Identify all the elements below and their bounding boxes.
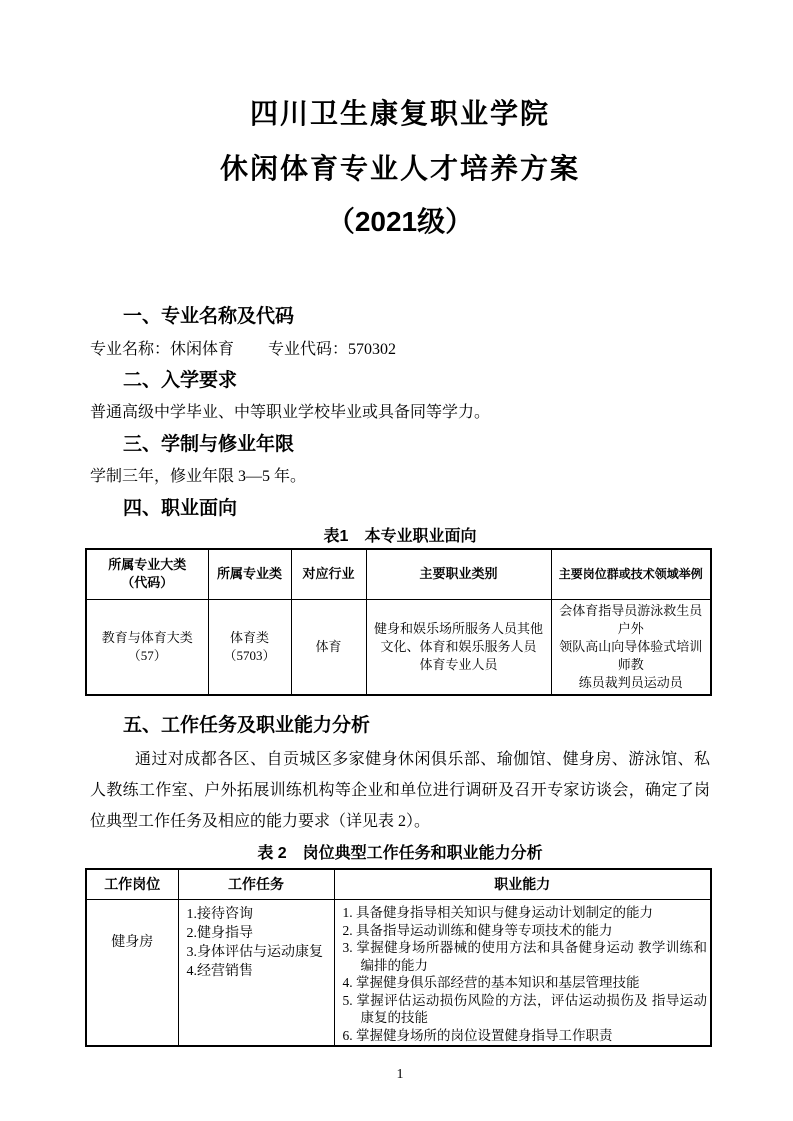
entry-requirement-text: 普通高级中学毕业、中等职业学校毕业或具备同等学力。 <box>90 401 710 425</box>
table1-header-row: 所属专业大类 （代码） 所属专业类 对应行业 主要职业类别 主要岗位群或技术领域… <box>86 549 711 599</box>
study-years-text: 学制三年，修业年限 3—5 年。 <box>90 465 710 489</box>
section2-heading: 二、入学要求 <box>90 369 710 393</box>
ability-item: 6. 掌握健身场所的岗位设置健身指导工作职责 <box>343 1027 708 1045</box>
ability-item: 5. 掌握评估运动损伤风险的方法，评估运动损伤及 指导运动康复的技能 <box>343 992 708 1027</box>
ability-item: 1. 具备健身指导相关知识与健身运动计划制定的能力 <box>343 904 708 922</box>
table1-data-row: 教育与体育大类 （57） 体育类 （5703） 体育 健身和娱乐场所服务人员其他… <box>86 599 711 695</box>
task-item: 2.健身指导 <box>187 924 331 943</box>
table1-cell-industry: 体育 <box>291 599 366 695</box>
section1-heading: 一、专业名称及代码 <box>90 305 710 329</box>
ability-item: 2. 具备指导运动训练和健身等专项技术的能力 <box>343 922 708 940</box>
table2-header-abilities: 职业能力 <box>334 869 711 900</box>
doc-title-line3: （2021级） <box>90 205 710 239</box>
table2-data-row: 健身房 1.接待咨询 2.健身指导 3.身体评估与运动康复 4.经营销售 1. … <box>86 900 711 1047</box>
table1-header-major-class: 所属专业类 <box>208 549 291 599</box>
section3-heading: 三、学制与修业年限 <box>90 433 710 457</box>
section5-heading: 五、工作任务及职业能力分析 <box>90 714 710 738</box>
major-code-value: 专业代码：570302 <box>268 341 396 358</box>
section5-paragraph: 通过对成都各区、自贡城区多家健身休闲俱乐部、瑜伽馆、健身房、游泳馆、私人教练工作… <box>90 744 710 837</box>
task-item: 4.经营销售 <box>187 962 331 981</box>
doc-title-line1: 四川卫生康复职业学院 <box>90 97 710 131</box>
table2-cell-abilities: 1. 具备健身指导相关知识与健身运动计划制定的能力 2. 具备指导运动训练和健身… <box>334 900 711 1047</box>
table1-caption: 表1 本专业职业面向 <box>90 527 710 547</box>
major-name-code-line: 专业名称：休闲体育专业代码：570302 <box>90 338 710 362</box>
table1-header-occupation-categories: 主要职业类别 <box>366 549 551 599</box>
section4-heading: 四、职业面向 <box>90 497 710 521</box>
table1-cell-major-class: 体育类 （5703） <box>208 599 291 695</box>
table2-caption: 表 2 岗位典型工作任务和职业能力分析 <box>90 844 710 864</box>
table1-header-industry: 对应行业 <box>291 549 366 599</box>
task-item: 1.接待咨询 <box>187 905 331 924</box>
table2-header-tasks: 工作任务 <box>178 869 334 900</box>
table2-cell-post: 健身房 <box>86 900 178 1047</box>
ability-list: 1. 具备健身指导相关知识与健身运动计划制定的能力 2. 具备指导运动训练和健身… <box>336 901 710 1044</box>
table2-header-row: 工作岗位 工作任务 职业能力 <box>86 869 711 900</box>
major-name-value: 专业名称：休闲体育 <box>90 341 234 358</box>
career-orientation-table: 所属专业大类 （代码） 所属专业类 对应行业 主要职业类别 主要岗位群或技术领域… <box>85 548 712 696</box>
table2-header-post: 工作岗位 <box>86 869 178 900</box>
table1-header-major-category: 所属专业大类 （代码） <box>86 549 208 599</box>
table2-cell-tasks: 1.接待咨询 2.健身指导 3.身体评估与运动康复 4.经营销售 <box>178 900 334 1047</box>
document-page: 四川卫生康复职业学院 休闲体育专业人才培养方案 （2021级） 一、专业名称及代… <box>0 0 793 1121</box>
work-task-ability-table: 工作岗位 工作任务 职业能力 健身房 1.接待咨询 2.健身指导 3.身体评估与… <box>85 868 712 1048</box>
table1-header-post-examples: 主要岗位群或技术领域举例 <box>551 549 711 599</box>
ability-item: 3. 掌握健身场所器械的使用方法和具备健身运动 教学训练和编排的能力 <box>343 939 708 974</box>
page-number: 1 <box>90 1066 710 1084</box>
doc-title-line2: 休闲体育专业人才培养方案 <box>90 152 710 186</box>
table1-cell-occupation-categories: 健身和娱乐场所服务人员其他 文化、体育和娱乐服务人员 体育专业人员 <box>366 599 551 695</box>
ability-item: 4. 掌握健身俱乐部经营的基本知识和基层管理技能 <box>343 974 708 992</box>
table1-cell-major-category: 教育与体育大类 （57） <box>86 599 208 695</box>
task-list: 1.接待咨询 2.健身指导 3.身体评估与运动康复 4.经营销售 <box>180 901 333 981</box>
table1-cell-post-examples: 会体育指导员游泳救生员户外 领队高山向导体验式培训师教 练员裁判员运动员 <box>551 599 711 695</box>
task-item: 3.身体评估与运动康复 <box>187 943 331 962</box>
